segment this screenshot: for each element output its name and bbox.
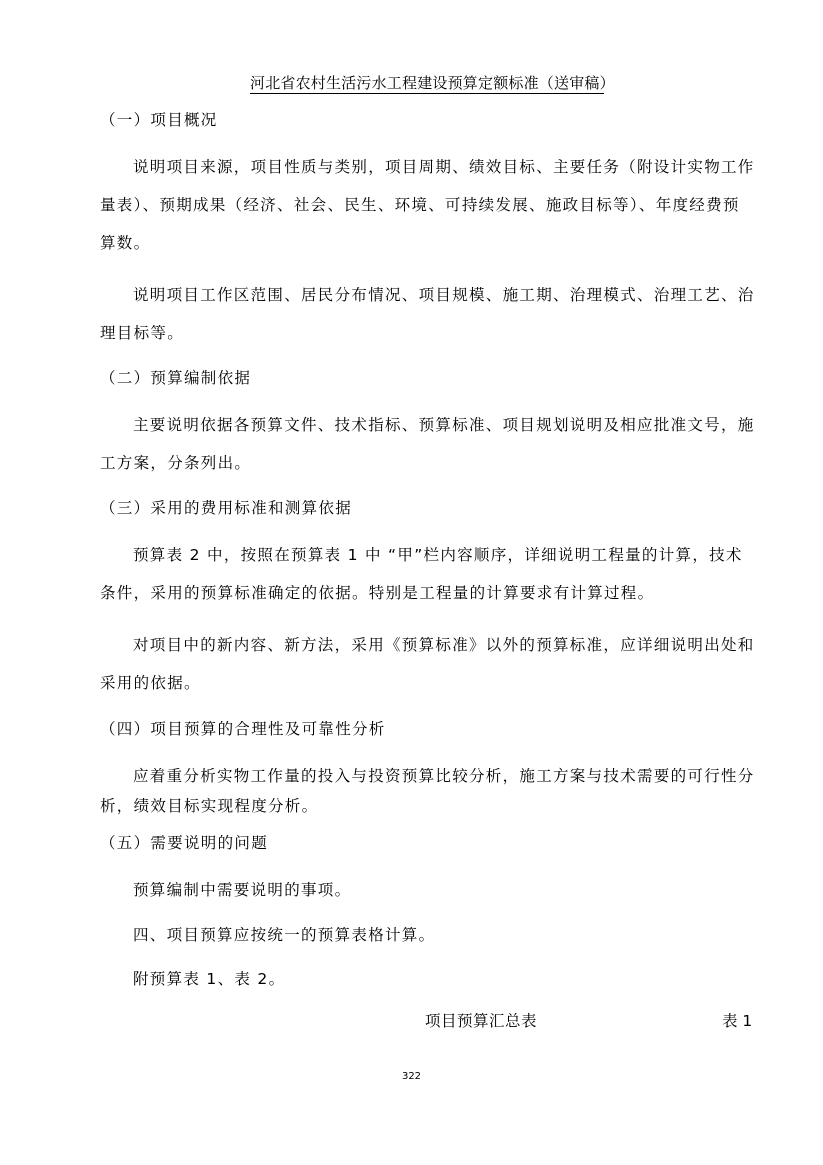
section-heading-4: （四）项目预算的合理性及可靠性分析 (100, 719, 386, 739)
paragraph-line: 算数。 (100, 233, 150, 253)
paragraph-line: 说明项目工作区范围、居民分布情况、项目规模、施工期、治理模式、治理工艺、治 (133, 285, 755, 305)
paragraph-line: 主要说明依据各预算文件、技术指标、预算标准、项目规划说明及相应批准文号，施 (133, 415, 755, 435)
header-underline (250, 93, 604, 94)
section-heading-5: （五）需要说明的问题 (100, 833, 268, 853)
paragraph-line: 应着重分析实物工作量的投入与投资预算比较分析，施工方案与技术需要的可行性分 (133, 766, 755, 786)
item-four-text: 四、项目预算应按统一的预算表格计算。 (133, 925, 435, 945)
section-heading-2: （二）预算编制依据 (100, 368, 251, 388)
paragraph-line: 说明项目来源，项目性质与类别，项目周期、绩效目标、主要任务（附设计实物工作 (133, 157, 755, 177)
paragraph-line: 理目标等。 (100, 323, 184, 343)
paragraph-line: 预算编制中需要说明的事项。 (133, 880, 351, 900)
document-page: 河北省农村生活污水工程建设预算定额标准（送审稿） （一）项目概况 说明项目来源，… (0, 0, 823, 1165)
attachment-note: 附预算表 1、表 2。 (133, 969, 285, 989)
section-heading-1: （一）项目概况 (100, 110, 218, 130)
paragraph-line: 采用的依据。 (100, 673, 201, 693)
page-number: 322 (0, 1071, 823, 1083)
table-title: 项目预算汇总表 (425, 1011, 537, 1031)
paragraph-line: 预算表 2 中，按照在预算表 1 中 “甲”栏内容顺序，详细说明工程量的计算，技… (133, 545, 743, 565)
paragraph-line: 工方案，分条列出。 (100, 453, 251, 473)
section-heading-3: （三）采用的费用标准和测算依据 (100, 498, 352, 518)
paragraph-line: 析，绩效目标实现程度分析。 (100, 796, 318, 816)
table-number: 表 1 (722, 1011, 752, 1031)
paragraph-line: 量表）、预期成果（经济、社会、民生、环境、可持续发展、施政目标等）、年度经费预 (100, 195, 740, 215)
paragraph-line: 对项目中的新内容、新方法，采用《预算标准》以外的预算标准，应详细说明出处和 (133, 635, 755, 655)
document-header-title: 河北省农村生活污水工程建设预算定额标准（送审稿） (250, 74, 615, 92)
paragraph-line: 条件，采用的预算标准确定的依据。特别是工程量的计算要求有计算过程。 (100, 583, 654, 603)
